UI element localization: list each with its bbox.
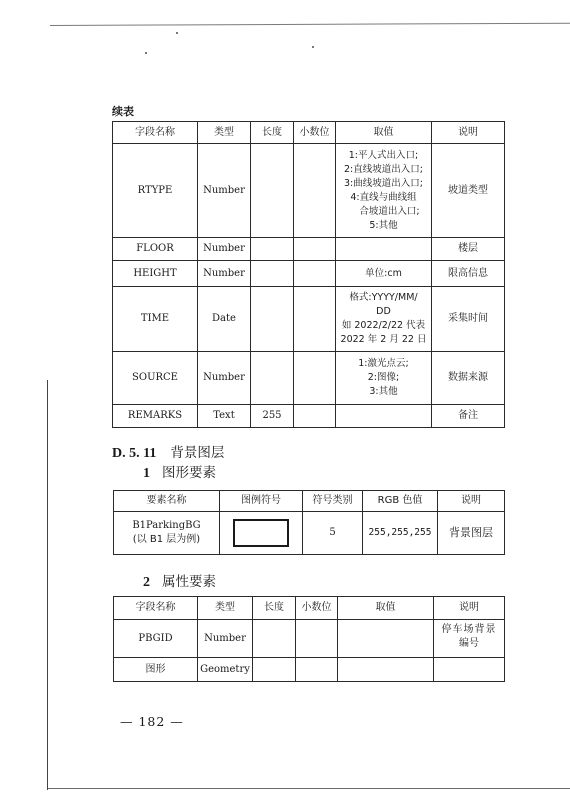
cell-description: 采集时间: [432, 287, 505, 352]
legend-rectangle-icon: [233, 519, 289, 547]
cell-length: [253, 620, 296, 658]
value-line: 单位:cm: [336, 267, 431, 281]
subsection-heading-attribute: 2属性要素: [143, 570, 216, 591]
value-line: 3:其他: [336, 385, 431, 399]
cell-decimal: [294, 352, 336, 405]
table-row: PBGID Number 停车场背景 编号: [114, 620, 505, 658]
header-type: 类型: [198, 597, 253, 620]
cell-values: 1:平人式出入口; 2:直线坡道出入口; 3:曲线坡道出入口; 4:直线与曲线组…: [336, 144, 432, 238]
cell-symbol-class: 5: [303, 512, 363, 555]
cell-field-name: PBGID: [114, 620, 198, 658]
cell-type: Number: [198, 261, 251, 287]
value-line: 2:图像;: [336, 371, 431, 385]
cell-length: [251, 261, 294, 287]
element-name-note: (以 B1 层为例): [114, 533, 219, 547]
value-line: 格式:YYYY/MM/: [336, 291, 431, 305]
scan-speck: [176, 32, 178, 34]
value-line: 5:其他: [336, 219, 431, 233]
cell-type: Date: [198, 287, 251, 352]
cell-type: Geometry: [198, 658, 253, 682]
cell-legend-symbol: [220, 512, 303, 555]
cell-length: [251, 238, 294, 261]
table-header-row: 字段名称 类型 长度 小数位 取值 说明: [113, 122, 505, 144]
cell-decimal: [296, 620, 338, 658]
header-rgb: RGB 色值: [363, 491, 438, 512]
table-row: HEIGHT Number 单位:cm 限高信息: [113, 261, 505, 287]
page-left-rule: [47, 380, 48, 790]
cell-length: [251, 287, 294, 352]
cell-values: [338, 620, 434, 658]
header-description: 说明: [438, 491, 505, 512]
page-bottom-rule: [48, 788, 570, 789]
cell-length: [253, 658, 296, 682]
cell-description: 限高信息: [432, 261, 505, 287]
scan-speck: [312, 46, 314, 48]
table-row: FLOOR Number 楼层: [113, 238, 505, 261]
value-line: 2:直线坡道出入口;: [336, 163, 431, 177]
cell-field-name: REMARKS: [113, 405, 198, 428]
cell-rgb: 255,255,255: [363, 512, 438, 555]
cell-decimal: [294, 144, 336, 238]
scan-speck: [145, 52, 147, 54]
cell-length: 255: [251, 405, 294, 428]
table-row: RTYPE Number 1:平人式出入口; 2:直线坡道出入口; 3:曲线坡道…: [113, 144, 505, 238]
value-line: 1:激光点云;: [336, 357, 431, 371]
cell-description: 背景图层: [438, 512, 505, 555]
page-top-rule: [50, 23, 570, 26]
header-field-name: 字段名称: [114, 597, 198, 620]
table-row: SOURCE Number 1:激光点云; 2:图像; 3:其他 数据来源: [113, 352, 505, 405]
cell-decimal: [294, 287, 336, 352]
header-values: 取值: [338, 597, 434, 620]
cell-field-name: 图形: [114, 658, 198, 682]
header-decimal: 小数位: [296, 597, 338, 620]
header-decimal: 小数位: [294, 122, 336, 144]
value-line: 如 2022/2/22 代表: [336, 319, 431, 333]
cell-values: [336, 405, 432, 428]
header-element-name: 要素名称: [114, 491, 220, 512]
subsection-title: 图形要素: [162, 465, 216, 481]
cell-type: Number: [198, 144, 251, 238]
cell-type: Number: [198, 620, 253, 658]
table-header-row: 要素名称 图例符号 符号类别 RGB 色值 说明: [114, 491, 505, 512]
value-line: 合坡道出入口;: [336, 205, 431, 219]
cell-type: Text: [198, 405, 251, 428]
cell-values: 1:激光点云; 2:图像; 3:其他: [336, 352, 432, 405]
header-symbol-class: 符号类别: [303, 491, 363, 512]
cell-field-name: TIME: [113, 287, 198, 352]
cell-field-name: RTYPE: [113, 144, 198, 238]
cell-length: [251, 144, 294, 238]
header-length: 长度: [251, 122, 294, 144]
subsection-heading-graphic: 1图形要素: [143, 461, 216, 482]
section-heading: D. 5. 11背景图层: [112, 441, 224, 462]
cell-values: [336, 238, 432, 261]
attribute-element-table: 字段名称 类型 长度 小数位 取值 说明 PBGID Number 停车场背景 …: [113, 596, 505, 682]
table-continued-caption: 续表: [112, 103, 134, 119]
header-values: 取值: [336, 122, 432, 144]
cell-description: 数据来源: [432, 352, 505, 405]
header-legend-symbol: 图例符号: [220, 491, 303, 512]
table-row: TIME Date 格式:YYYY/MM/ DD 如 2022/2/22 代表 …: [113, 287, 505, 352]
subsection-title: 属性要素: [162, 574, 216, 590]
cell-decimal: [294, 405, 336, 428]
cell-values: [338, 658, 434, 682]
table-header-row: 字段名称 类型 长度 小数位 取值 说明: [114, 597, 505, 620]
cell-length: [251, 352, 294, 405]
header-description: 说明: [432, 122, 505, 144]
cell-decimal: [294, 261, 336, 287]
description-line: 编号: [434, 637, 504, 651]
cell-type: Number: [198, 238, 251, 261]
cell-field-name: FLOOR: [113, 238, 198, 261]
field-table-continued: 字段名称 类型 长度 小数位 取值 说明 RTYPE Number 1:平人式出…: [112, 121, 505, 428]
cell-decimal: [294, 238, 336, 261]
section-number: D. 5. 11: [112, 446, 156, 461]
table-row: 图形 Geometry: [114, 658, 505, 682]
value-line: 3:曲线坡道出入口;: [336, 177, 431, 191]
cell-field-name: SOURCE: [113, 352, 198, 405]
value-line: 1:平人式出入口;: [336, 149, 431, 163]
table-row: REMARKS Text 255 备注: [113, 405, 505, 428]
header-length: 长度: [253, 597, 296, 620]
section-title: 背景图层: [170, 445, 224, 461]
cell-values: 格式:YYYY/MM/ DD 如 2022/2/22 代表 2022 年 2 月…: [336, 287, 432, 352]
header-field-name: 字段名称: [113, 122, 198, 144]
table-row: B1ParkingBG (以 B1 层为例) 5 255,255,255 背景图…: [114, 512, 505, 555]
cell-description: 备注: [432, 405, 505, 428]
description-line: 停车场背景: [434, 623, 504, 637]
value-line: DD: [336, 305, 431, 319]
cell-type: Number: [198, 352, 251, 405]
cell-decimal: [296, 658, 338, 682]
cell-values: 单位:cm: [336, 261, 432, 287]
cell-element-name: B1ParkingBG (以 B1 层为例): [114, 512, 220, 555]
subsection-number: 2: [143, 575, 150, 590]
cell-description: 停车场背景 编号: [434, 620, 505, 658]
cell-field-name: HEIGHT: [113, 261, 198, 287]
header-type: 类型: [198, 122, 251, 144]
cell-description: 坡道类型: [432, 144, 505, 238]
cell-description: [434, 658, 505, 682]
subsection-number: 1: [143, 466, 150, 481]
graphic-element-table: 要素名称 图例符号 符号类别 RGB 色值 说明 B1ParkingBG (以 …: [113, 490, 505, 555]
page-number: — 182 —: [120, 714, 184, 729]
value-line: 2022 年 2 月 22 日: [336, 333, 431, 347]
element-name-line: B1ParkingBG: [114, 519, 219, 533]
header-description: 说明: [434, 597, 505, 620]
value-line: 4:直线与曲线组: [336, 191, 431, 205]
cell-description: 楼层: [432, 238, 505, 261]
